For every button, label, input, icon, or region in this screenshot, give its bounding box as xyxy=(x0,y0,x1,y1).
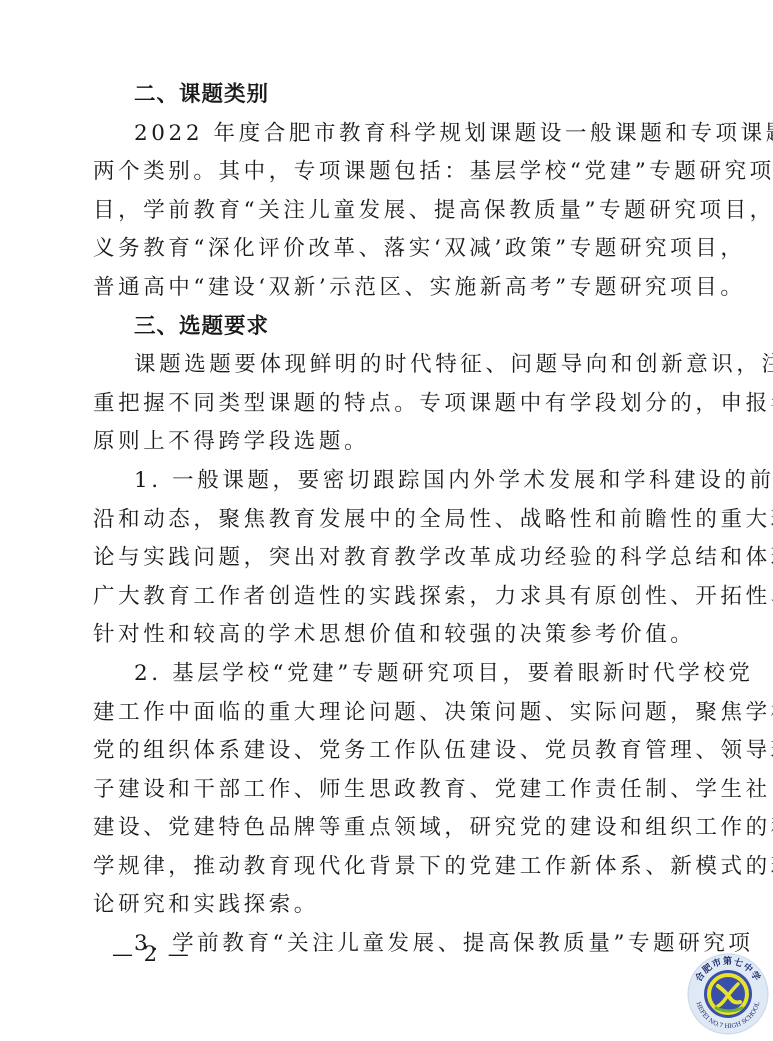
paragraph-requirements-intro: 课题选题要体现鲜明的时代特征、问题导向和创新意识，注 重把握不同类型课题的特点。… xyxy=(93,346,685,462)
paragraph-line: 论与实践问题，突出对教育教学改革成功经验的科学总结和体现 xyxy=(93,539,685,578)
paragraph-line: 学规律，推动教育现代化背景下的党建工作新体系、新模式的理 xyxy=(93,848,685,887)
paragraph-item-1-general: 1. 一般课题，要密切跟踪国内外学术发展和学科建设的前 沿和动态，聚焦教育发展中… xyxy=(93,462,685,655)
paragraph-line: 2. 基层学校“党建”专题研究项目，要着眼新时代学校党 xyxy=(93,655,685,694)
paragraph-line: 沿和动态，聚焦教育发展中的全局性、战略性和前瞻性的重大理 xyxy=(93,501,685,540)
paragraph-line: 党的组织体系建设、党务工作队伍建设、党员教育管理、领导班 xyxy=(93,732,685,771)
paragraph-line: 义务教育“深化评价改革、落实‘双减’政策”专题研究项目， xyxy=(93,230,685,269)
paragraph-line: 2022 年度合肥市教育科学规划课题设一般课题和专项课题 xyxy=(93,115,685,154)
section-heading-requirements: 三、选题要求 xyxy=(93,308,685,347)
paragraph-line: 目，学前教育“关注儿童发展、提高保教质量”专题研究项目， xyxy=(93,192,685,231)
paragraph-line: 1. 一般课题，要密切跟踪国内外学术发展和学科建设的前 xyxy=(93,462,685,501)
paragraph-line: 广大教育工作者创造性的实践探索，力求具有原创性、开拓性、 xyxy=(93,578,685,617)
paragraph-line: 建设、党建特色品牌等重点领域，研究党的建设和组织工作的科 xyxy=(93,809,685,848)
paragraph-categories: 2022 年度合肥市教育科学规划课题设一般课题和专项课题 两个类别。其中，专项课… xyxy=(93,115,685,308)
document-page: 二、课题类别 2022 年度合肥市教育科学规划课题设一般课题和专项课题 两个类别… xyxy=(93,76,685,964)
paragraph-line: 子建设和干部工作、师生思政教育、党建工作责任制、学生社团 xyxy=(93,771,685,810)
paragraph-item-2-party-building: 2. 基层学校“党建”专题研究项目，要着眼新时代学校党 建工作中面临的重大理论问… xyxy=(93,655,685,925)
paragraph-line: 课题选题要体现鲜明的时代特征、问题导向和创新意识，注 xyxy=(93,346,685,385)
section-heading-categories: 二、课题类别 xyxy=(93,76,685,115)
paragraph-line: 建工作中面临的重大理论问题、决策问题、实际问题，聚焦学校 xyxy=(93,694,685,733)
paragraph-line: 原则上不得跨学段选题。 xyxy=(93,423,685,462)
paragraph-line: 两个类别。其中，专项课题包括：基层学校“党建”专题研究项 xyxy=(93,153,685,192)
school-emblem-icon: 合肥市第七中学 HEFEI NO.7 HIGH SCHOOL xyxy=(686,948,770,1036)
paragraph-line: 重把握不同类型课题的特点。专项课题中有学段划分的，申报者 xyxy=(93,385,685,424)
paragraph-line: 普通高中“建设‘双新’示范区、实施新高考”专题研究项目。 xyxy=(93,269,685,308)
page-number: — 2 — xyxy=(112,942,191,966)
paragraph-line: 针对性和较高的学术思想价值和较强的决策参考价值。 xyxy=(93,616,685,655)
school-logo: 合肥市第七中学 HEFEI NO.7 HIGH SCHOOL xyxy=(686,948,770,1036)
paragraph-line: 论研究和实践探索。 xyxy=(93,886,685,925)
